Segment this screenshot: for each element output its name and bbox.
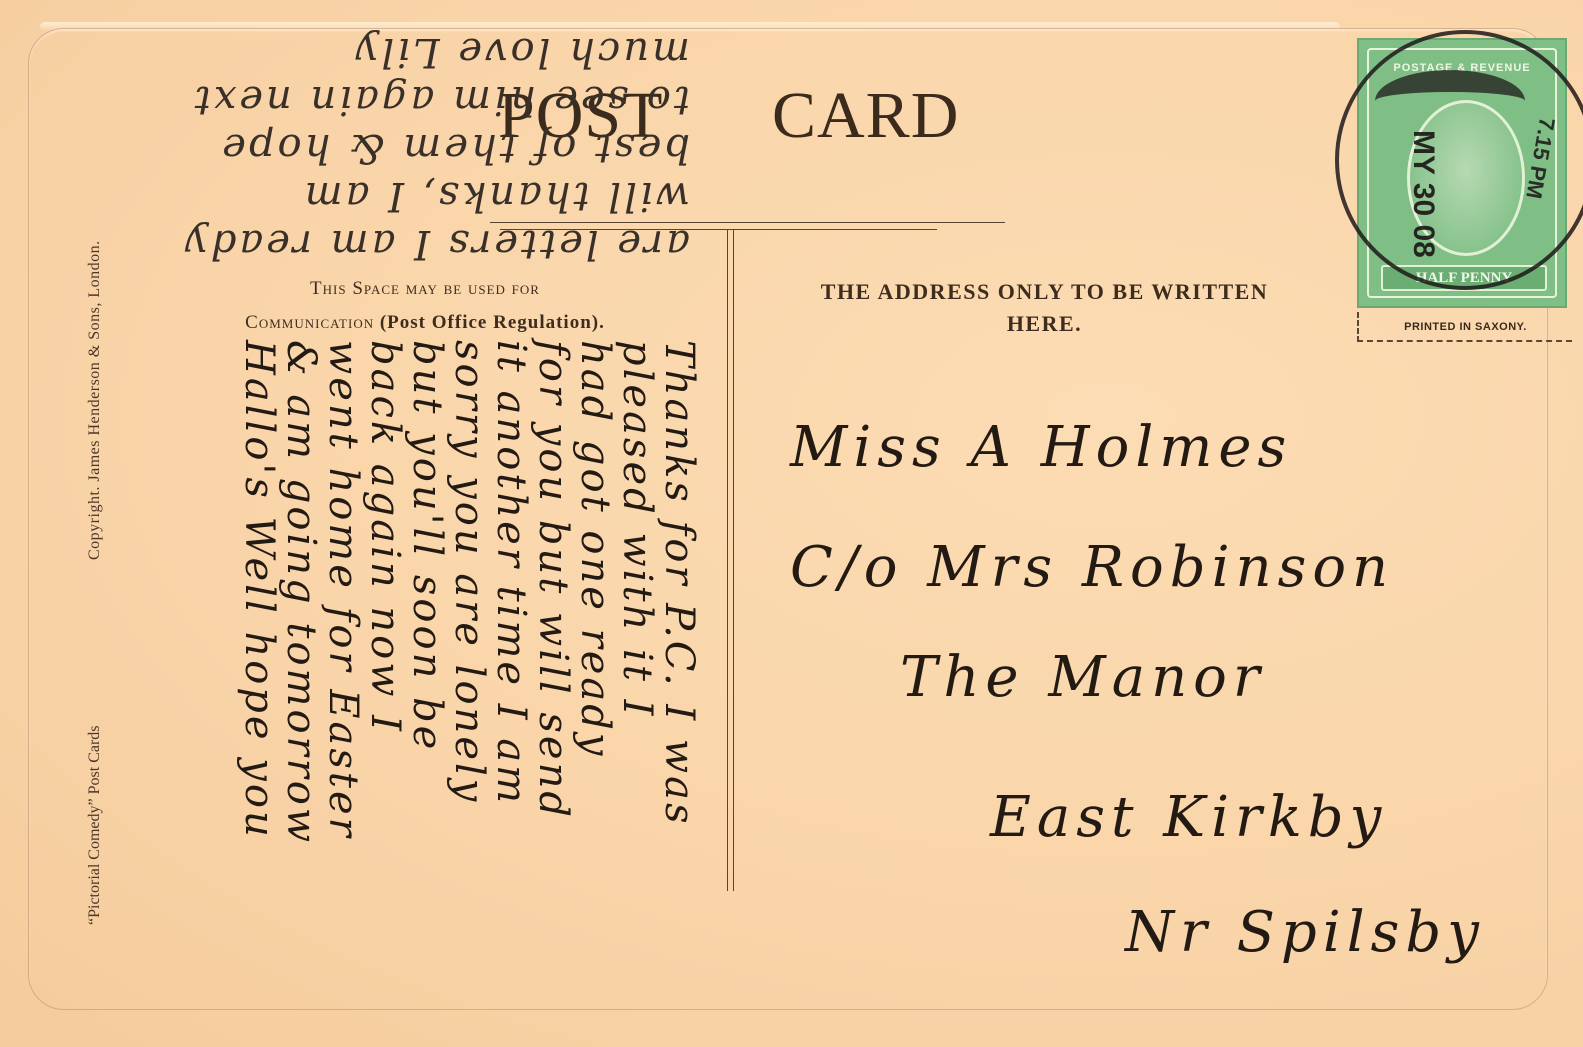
postmark-cancel-bar-icon (1375, 70, 1525, 132)
message-line: Thanks for P.C. I was (658, 340, 700, 845)
message-line: back again now I (364, 340, 406, 845)
address-line-1: Miss A Holmes (790, 415, 1292, 480)
address-label-line2: HERE. (752, 308, 1337, 340)
message-line: but you'll soon be (406, 340, 448, 845)
message-line: & am going tomorrow (280, 340, 322, 845)
message-line: much love Lily (182, 28, 690, 76)
heading-card: CARD (772, 78, 959, 154)
divider-line-right (733, 229, 734, 891)
divider-line-left (727, 229, 728, 891)
upside-down-message: are letters I am ready will thanks, I am… (182, 28, 690, 268)
postmark-date: MY 30 08 (1406, 130, 1440, 258)
message-line: went home for Easter (322, 340, 364, 845)
address-line-5: Nr Spilsby (1125, 900, 1485, 965)
message-line: best of them & hope (182, 124, 690, 172)
message-line: are letters I am ready (182, 220, 690, 268)
message-line: for you but will send (532, 340, 574, 845)
communication-label-line2: Communication (Post Office Regulation). (130, 306, 720, 340)
post-office-regulation: (Post Office Regulation). (380, 312, 605, 333)
series-name: “Pictorial Comedy” Post Cards (86, 725, 104, 925)
communication-word: Communication (245, 312, 374, 333)
message-line: pleased with it I (616, 340, 658, 845)
address-line-3: The Manor (900, 645, 1266, 710)
communication-label: This Space may be used for Communication… (130, 272, 720, 340)
communication-label-line1: This Space may be used for (130, 272, 720, 306)
address-label-line1: THE ADDRESS ONLY TO BE WRITTEN (752, 276, 1337, 308)
address-line-2: C/o Mrs Robinson (790, 535, 1394, 600)
address-line-4: East Kirkby (990, 785, 1387, 850)
message-line: sorry you are lonely (448, 340, 490, 845)
message-line: to see him again next (182, 76, 690, 124)
publisher-copyright: Copyright. James Henderson & Sons, Londo… (86, 240, 104, 560)
message-line: it another time I am (490, 340, 532, 845)
message-line: had got one ready (574, 340, 616, 845)
printed-in-saxony: PRINTED IN SAXONY. (1357, 312, 1572, 342)
handwritten-message: Thanks for P.C. I was pleased with it I … (238, 340, 700, 845)
message-line: will thanks, I am (182, 172, 690, 220)
message-line: Hallo's Well hope you (238, 340, 280, 845)
address-label: THE ADDRESS ONLY TO BE WRITTEN HERE. (752, 276, 1337, 340)
